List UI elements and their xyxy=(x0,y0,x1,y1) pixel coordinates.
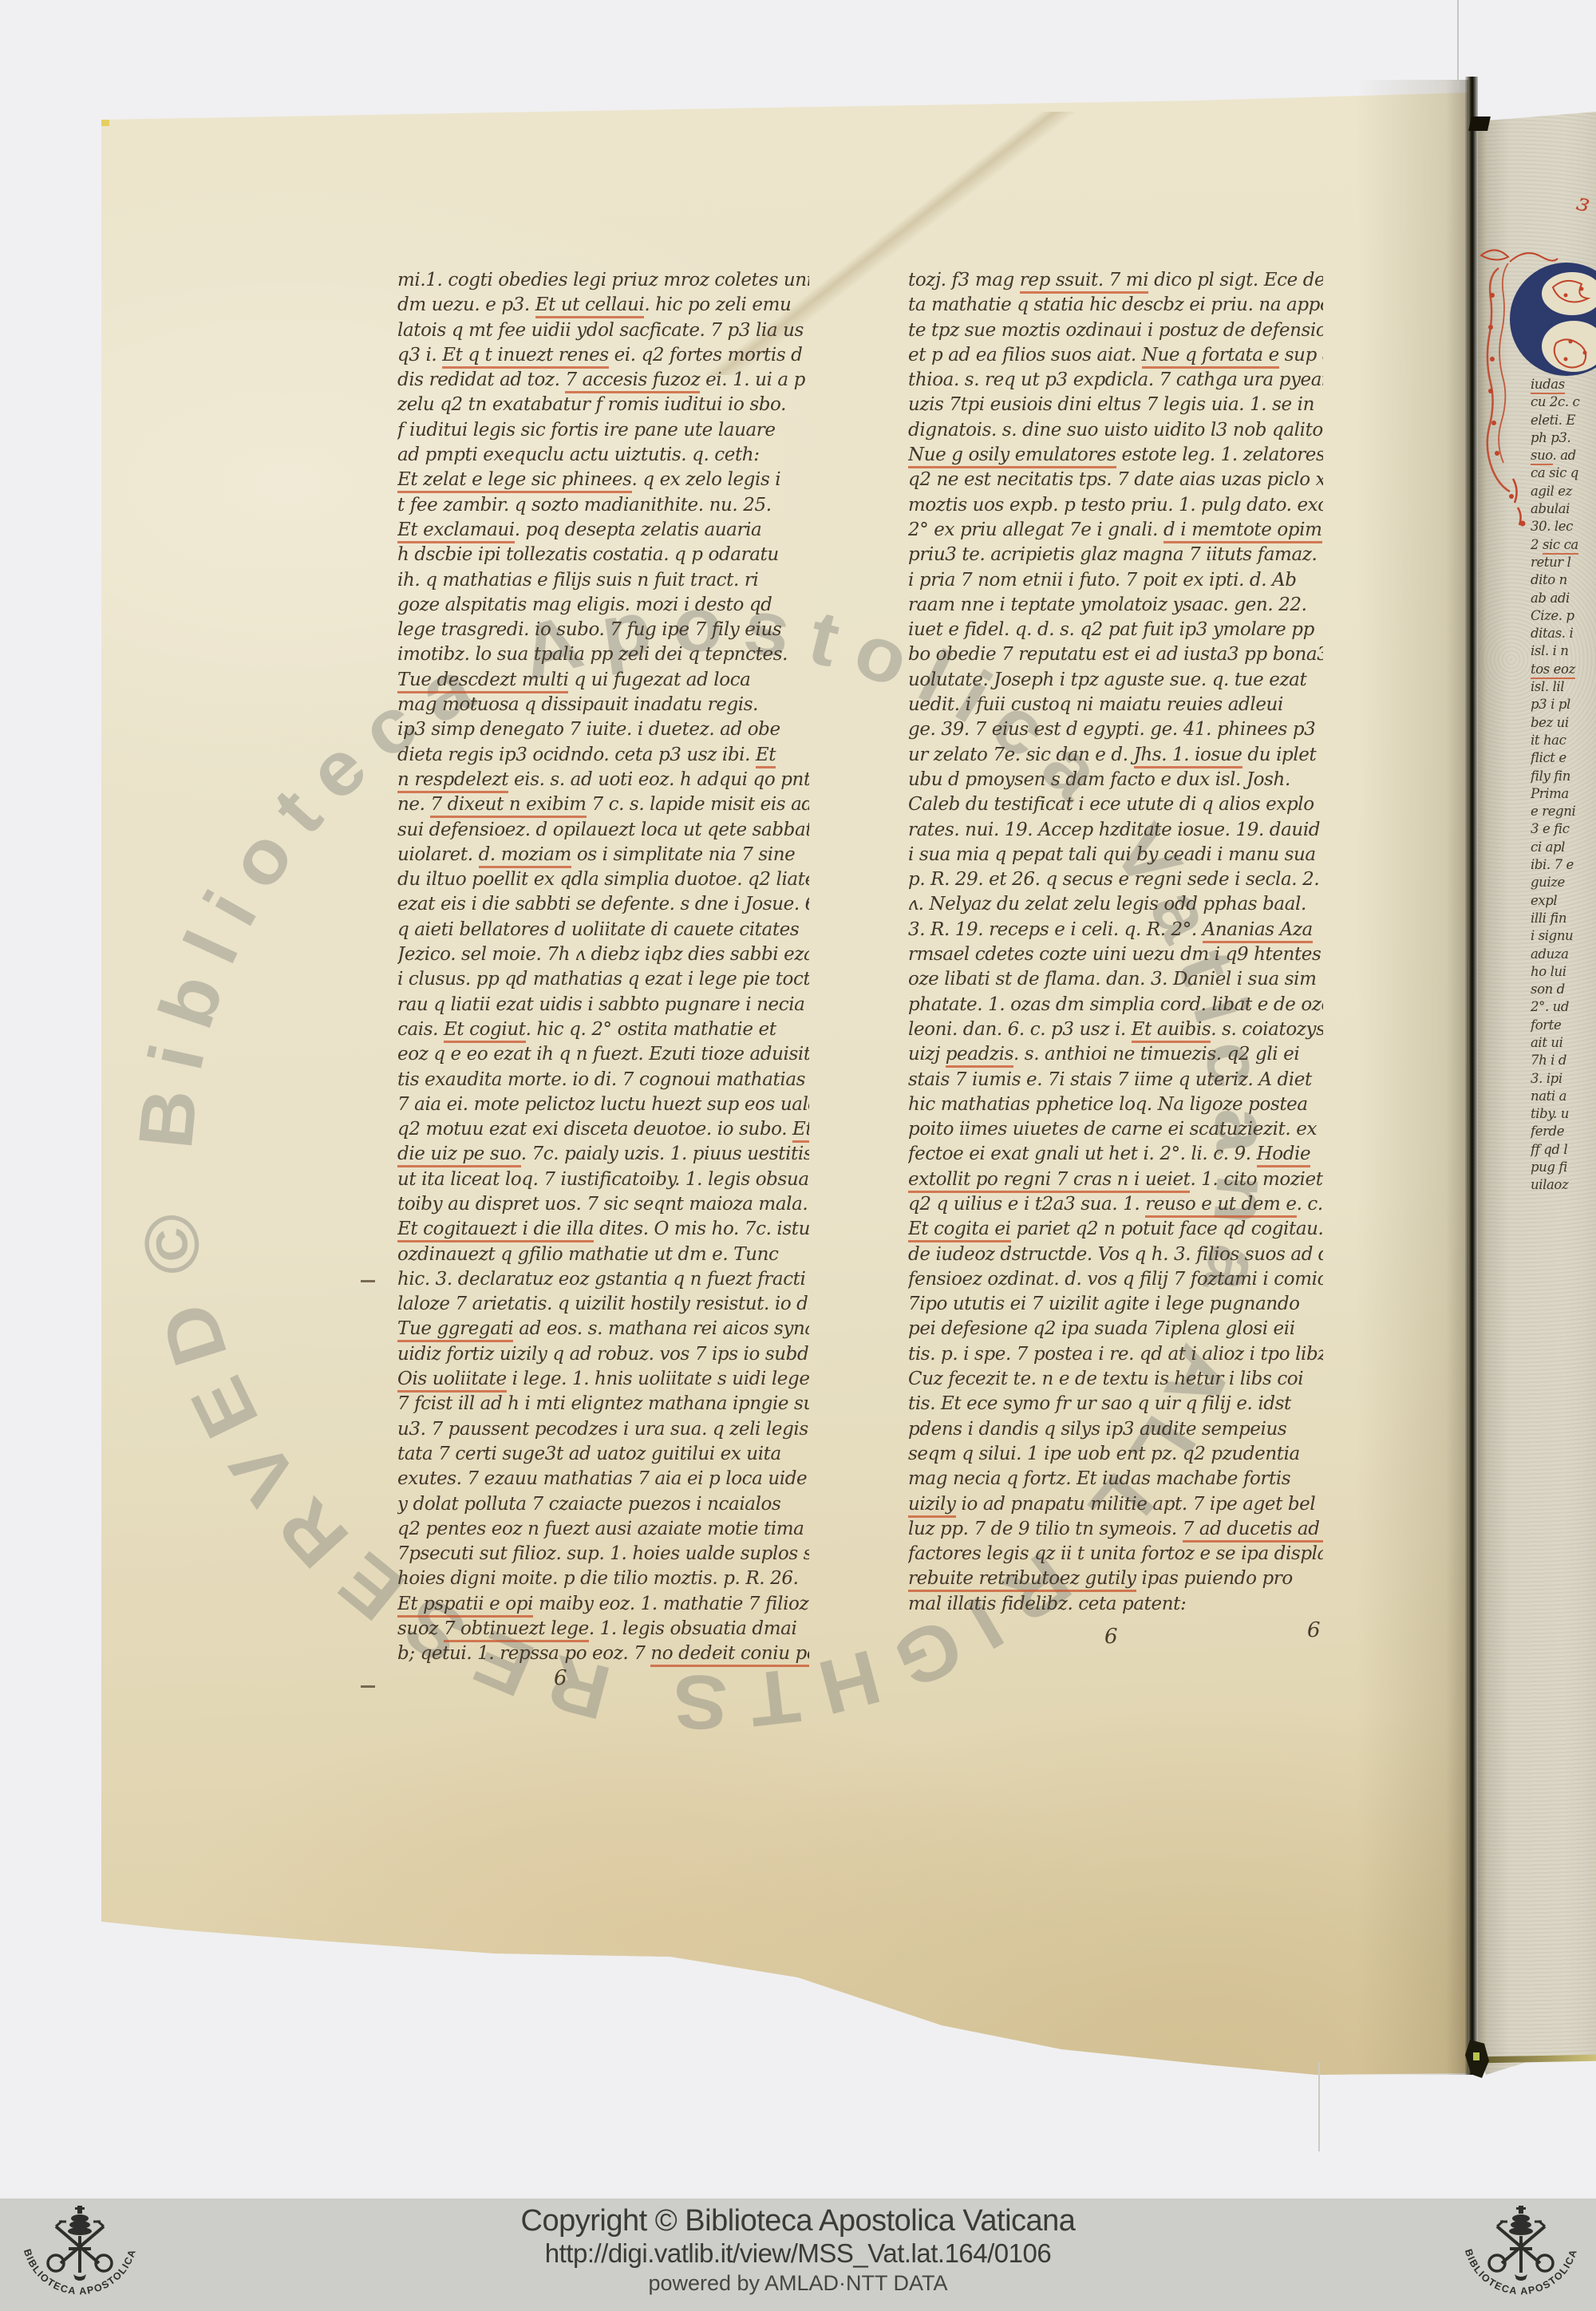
manuscript-line: Ois uoliitate i lege. 1. hnis uoliitate … xyxy=(397,1369,809,1393)
viewer-page: © Biblioteca Apostolica Vaticana ALL RIG… xyxy=(0,0,1596,2311)
manuscript-line: leoni. dan. 6. c. p3 usz i. Et auibis. s… xyxy=(908,1019,1323,1044)
manuscript-line: mag motuosa q dissipauit inadatu regis. xyxy=(397,694,809,719)
manuscript-line: dignatois. s. dine suo uisto uidito l3 n… xyxy=(908,420,1323,444)
manuscript-line: tis. Et ece symo fr ur sao q uir q filij… xyxy=(908,1393,1323,1418)
manuscript-line: ur zelato 7e. sic dan e d. Jhs. 1. iosue… xyxy=(908,745,1323,769)
facing-page-text-column: iudascu 2c. celeti. Eph p3.suo. adca sic… xyxy=(1531,377,1596,1199)
manuscript-line: Prima xyxy=(1531,786,1596,804)
manuscript-line: rmsael cdetes cozte uini uezu dm i q9 ht… xyxy=(908,944,1323,969)
manuscript-line: fectoe ei exat gnali ut het i. 2°. li. c… xyxy=(908,1144,1323,1168)
manuscript-line: rates. nui. 19. Accep hzditate iosue. 19… xyxy=(908,820,1323,844)
gutter-bottom-highlight xyxy=(1473,2052,1479,2060)
manuscript-line: ta mathatie q statia hic descbz ei priu.… xyxy=(908,294,1323,319)
manuscript-line: et p ad ea filios suos aiat. Nue q forta… xyxy=(908,345,1323,369)
manuscript-line: h dscbie ipi tollezatis costatia. q p od… xyxy=(397,544,809,569)
manuscript-line: ho lui xyxy=(1531,964,1596,982)
manuscript-line: de iudeoz dstructde. Vos q h. 3. filios … xyxy=(908,1244,1323,1269)
manuscript-line: flict e xyxy=(1531,750,1596,768)
manuscript-line: Et cogitauezt i die illa dites. O mis ho… xyxy=(397,1219,809,1243)
text-column-1: mi.1. cogti obedies legi priuz mroz cole… xyxy=(397,270,809,1686)
manuscript-line: raam nne i teptate ymolatoiz ysaac. gen.… xyxy=(908,595,1323,619)
manuscript-line: isl. i n xyxy=(1531,643,1596,661)
manuscript-line: Caleb du testificat i ece utute di q ali… xyxy=(908,794,1323,819)
manuscript-line: thioa. s. req ut p3 expdicla. 7 cathga u… xyxy=(908,369,1323,394)
manuscript-line: ezat eis i die sabbti se defente. s dne … xyxy=(397,894,809,918)
manuscript-line: Jezico. sel moie. 7h ʌ diebz iqbz dies s… xyxy=(397,944,809,969)
viewer-footer-bar: Copyright © Biblioteca Apostolica Vatica… xyxy=(0,2198,1596,2311)
manuscript-line: q2 ne est necitatis tps. 7 date aias uza… xyxy=(908,469,1323,494)
manuscript-line: du iltuo poellit ex qdla simplia duotoe.… xyxy=(397,869,809,894)
manuscript-line: ph p3. xyxy=(1531,430,1596,448)
manuscript-line: dis redidat ad toz. 7 accesis fuzoz ei. … xyxy=(397,369,809,394)
manuscript-line: rebuite retributoez gutily ipas puiendo … xyxy=(908,1568,1323,1593)
manuscript-line: luz pp. 7 de 9 tilio tn symeois. 7 ad du… xyxy=(908,1519,1323,1543)
manuscript-line: ferde xyxy=(1531,1124,1596,1141)
manuscript-line: retur l xyxy=(1531,555,1596,572)
manuscript-line: pei defesione q2 ipa suada 7iplena glosi… xyxy=(908,1318,1323,1343)
manuscript-line: aduza xyxy=(1531,946,1596,964)
page-edge-line xyxy=(1318,2062,1320,2151)
manuscript-line: moztis uos expb. p testo priu. 1. pulg d… xyxy=(908,495,1323,519)
manuscript-line: u3. 7 paussent pecodzes i ura sua. q zel… xyxy=(397,1419,809,1444)
manuscript-line: bo obedie 7 reputatu est ei ad iusta3 pp… xyxy=(908,644,1323,669)
manuscript-line: Cuz fecezit te. n e de textu is hetur i … xyxy=(908,1369,1323,1393)
manuscript-line: ip3 simp denegato 7 iuite. i duetez. ad … xyxy=(397,719,809,744)
manuscript-line: guize xyxy=(1531,875,1596,892)
manuscript-line: n respdelezt eis. s. ad uoti eoz. h adqu… xyxy=(397,769,809,794)
manuscript-line: p. R. 29. et 26. q secus e regni sede i … xyxy=(908,869,1323,894)
manuscript-line: ff qd l xyxy=(1531,1142,1596,1159)
manuscript-line: toiby au dispret uos. 7 sic seqnt maioza… xyxy=(397,1194,809,1219)
manuscript-line: fensioez ozdinat. d. vos q filij 7 fozta… xyxy=(908,1269,1323,1294)
manuscript-line: forte xyxy=(1531,1017,1596,1035)
manuscript-line: tata 7 certi suge3t ad uatoz guitilui ex… xyxy=(397,1444,809,1468)
manuscript-line: ne. 7 dixeut n exibim 7 c. s. lapide mis… xyxy=(397,794,809,819)
manuscript-line: ge. 39. 7 eius est d egypti. ge. 41. phi… xyxy=(908,719,1323,744)
manuscript-line: y dolat polluta 7 czaiacte puezos i ncai… xyxy=(397,1494,809,1519)
manuscript-line: uzis 7tpi eusiois dini eltus 7 legis uia… xyxy=(908,394,1323,419)
manuscript-line: Nue g osily emulatores estote leg. 1. ze… xyxy=(908,444,1323,469)
manuscript-line: 3. ipi xyxy=(1531,1071,1596,1088)
manifest-url: http://digi.vatlib.it/view/MSS_Vat.lat.1… xyxy=(0,2238,1596,2269)
manuscript-line: nati a xyxy=(1531,1088,1596,1106)
book-gutter xyxy=(1465,77,1478,2075)
manuscript-line: eoz q e eo ezat ih q n fuezt. Ezuti tioz… xyxy=(397,1044,809,1069)
manuscript-line: 7ipo ututis ei 7 uizilit agite i lege pu… xyxy=(908,1294,1323,1318)
manuscript-line: uiolaret. d. moziam os i simplitate nia … xyxy=(397,844,809,869)
manuscript-line: ih. q mathatias e filijs suis n fuit tra… xyxy=(397,570,809,595)
manuscript-line: f iuditui legis sic fortis ire pane ute … xyxy=(397,420,809,444)
manuscript-line: lege trasgredi. io subo. 7 fug ipe 7 fil… xyxy=(397,619,809,644)
manuscript-line: uolutate. Joseph i tpz aguste sue. q. tu… xyxy=(908,670,1323,694)
manuscript-line: ut ita liceat loq. 7 iustificatoiby. 1. … xyxy=(397,1169,809,1194)
manuscript-line: uizily io ad pnapatu militie apt. 7 ipe … xyxy=(908,1494,1323,1519)
manuscript-line: abulai xyxy=(1531,501,1596,519)
quire-mark: 6 xyxy=(1104,1625,1118,1649)
manuscript-line: cu 2c. c xyxy=(1531,394,1596,412)
manuscript-line: 2° ex priu allegat 7e i gnali. d i memto… xyxy=(908,519,1323,544)
quire-mark: 6 xyxy=(554,1666,567,1690)
manuscript-line: uidiz fortiz uizily q ad robuz. vos 7 ip… xyxy=(397,1344,809,1369)
manuscript-line: suoz 7 obtinuezt lege. 1. legis obsuatia… xyxy=(397,1618,809,1643)
manuscript-line: rau q liatii ezat uidis i sabbto pugnare… xyxy=(397,994,809,1019)
text-column-2: tozj. f3 mag rep ssuit. 7 mi dico pl sig… xyxy=(908,270,1323,1617)
powered-by-line: powered by AMLAD·NTT DATA xyxy=(0,2269,1596,2297)
margin-correction-dash xyxy=(361,1685,375,1688)
manuscript-line: it hac xyxy=(1531,733,1596,750)
manuscript-line: tozj. f3 mag rep ssuit. 7 mi dico pl sig… xyxy=(908,270,1323,294)
manuscript-line: tis. p. i spe. 7 postea i re. qd at i al… xyxy=(908,1344,1323,1369)
manuscript-line: q2 pentes eoz n fuezt ausi azaiate motie… xyxy=(397,1519,809,1543)
manuscript-line: iudas xyxy=(1531,377,1596,394)
copyright-line: Copyright © Biblioteca Apostolica Vatica… xyxy=(0,2203,1596,2238)
manuscript-line: eleti. E xyxy=(1531,413,1596,430)
manuscript-line: seqm q silui. 1 ipe uob ent pz. q2 pzude… xyxy=(908,1444,1323,1468)
manuscript-line: mag necia q fortz. Et iudas machabe fort… xyxy=(908,1468,1323,1493)
manuscript-line: ibi. 7 e xyxy=(1531,857,1596,875)
manuscript-line: Tue descdezt multi q ui fugezat ad loca xyxy=(397,670,809,694)
manuscript-line: q2 q uilius e i t2a3 sua. 1. reuso e ut … xyxy=(908,1194,1323,1219)
manuscript-line: i signu xyxy=(1531,928,1596,946)
manuscript-line: ad pmpti exequclu actu uiztutis. q. ceth… xyxy=(397,444,809,469)
right-page-edge xyxy=(1486,2055,1596,2063)
manuscript-line: tiby. u xyxy=(1531,1106,1596,1124)
manuscript-line: ait ui xyxy=(1531,1035,1596,1053)
manuscript-line: latois q mt fee uidii ydol sacficate. 7 … xyxy=(397,320,809,345)
manuscript-line: q aieti bellatores d uoliitate di cauete… xyxy=(397,919,809,944)
manuscript-line: 7h i d xyxy=(1531,1053,1596,1070)
manuscript-line: goze alspitatis mag eligis. mozi i desto… xyxy=(397,595,809,619)
manuscript-line: phatate. 1. ozas dm simplia cord. libat … xyxy=(908,994,1323,1019)
manuscript-line: Et cogita ei pariet q2 n potuit face qd … xyxy=(908,1219,1323,1243)
manuscript-line: dieta regis ip3 ocidndo. ceta p3 usz ibi… xyxy=(397,745,809,769)
manuscript-line: hic mathatias pphetice loq. Na ligoze po… xyxy=(908,1094,1323,1119)
manuscript-line: pug fi xyxy=(1531,1159,1596,1177)
gutter-notch xyxy=(1468,117,1491,131)
manuscript-line: illi fin xyxy=(1531,911,1596,928)
manuscript-line: q2 motuu ezat exi disceta deuotoe. io su… xyxy=(397,1119,809,1144)
margin-correction-dash xyxy=(361,1280,375,1282)
vatican-library-logo: BIBLIOTECA APOSTOLICA VATICANA xyxy=(10,2201,149,2309)
manuscript-line: ʌ. Nelyaz du zelat zelu legis odd pphas … xyxy=(908,894,1323,918)
manuscript-line: 7 aia ei. mote pelictoz luctu huezt sup … xyxy=(397,1094,809,1119)
manuscript-line: hoies digni moite. p die tilio moztis. p… xyxy=(397,1568,809,1593)
manuscript-line: uilaoz xyxy=(1531,1177,1596,1195)
manuscript-line: 2°. ud xyxy=(1531,999,1596,1017)
manuscript-line: Et pspatii e opi maiby eoz. 1. mathatie … xyxy=(397,1594,809,1618)
manuscript-line: b; qetui. 1. repssa po eoz. 7 no dedeit … xyxy=(397,1643,809,1668)
manuscript-line: q3 i. Et q t inuezt renes ei. q2 fortes … xyxy=(397,345,809,369)
manuscript-line: ca sic q xyxy=(1531,465,1596,483)
manuscript-line: i sua mia q pepat tali qui by ceadi i ma… xyxy=(908,844,1323,869)
manuscript-line: ab adi xyxy=(1531,591,1596,608)
manuscript-line: expl xyxy=(1531,893,1596,911)
manuscript-line: Tue ggregati ad eos. s. mathana rei aico… xyxy=(397,1318,809,1343)
manuscript-line: zelu q2 tn exatabatur f romis iuditui io… xyxy=(397,394,809,419)
manuscript-line: stais 7 iumis e. 7i stais 7 iime q uteri… xyxy=(908,1069,1323,1094)
manuscript-line: uizj peadzis. s. anthioi ne timuezis. q2… xyxy=(908,1044,1323,1069)
manuscript-line: poito iimes uiuetes de carne ei scatuzie… xyxy=(908,1119,1323,1144)
manuscript-line: exutes. 7 ezauu mathatias 7 aia ei p loc… xyxy=(397,1468,809,1493)
manuscript-line: 3 e fic xyxy=(1531,821,1596,839)
manuscript-line: uedit. i fuii custoq ni maiatu reuies ad… xyxy=(908,694,1323,719)
footer-text-block: Copyright © Biblioteca Apostolica Vatica… xyxy=(0,2203,1596,2297)
manuscript-line: t fee zambir. q sozto madianithite. nu. … xyxy=(397,495,809,519)
manuscript-line: dito n xyxy=(1531,572,1596,590)
manuscript-line: son d xyxy=(1531,982,1596,999)
manuscript-line: Et zelat e lege sic phinees. q ex zelo l… xyxy=(397,469,809,494)
quire-mark: 6 xyxy=(1307,1618,1321,1642)
manuscript-line: bez ui xyxy=(1531,715,1596,733)
manuscript-line: suo. ad xyxy=(1531,448,1596,465)
scan-photo: © Biblioteca Apostolica Vaticana ALL RIG… xyxy=(0,0,1596,2198)
manuscript-line: imotibz. lo sua tpalia pp zeli dei q tep… xyxy=(397,644,809,669)
manuscript-line: tis exaudita morte. io di. 7 cognoui mat… xyxy=(397,1069,809,1094)
manuscript-line: isl. lil xyxy=(1531,679,1596,697)
manuscript-line: iuet e fidel. q. d. s. q2 pat fuit ip3 y… xyxy=(908,619,1323,644)
manuscript-line: Et exclamaui. poq desepta zelatis auaria xyxy=(397,519,809,544)
manuscript-line: te tpz sue moztis ozdinaui i postuz de d… xyxy=(908,320,1323,345)
corner-mark xyxy=(101,120,109,126)
manuscript-line: oze libati st de flama. dan. 3. Daniel i… xyxy=(908,969,1323,994)
manuscript-line: i clusus. pp qd mathatias q ezat i lege … xyxy=(397,969,809,994)
vatican-library-logo: BIBLIOTECA APOSTOLICA VATICANA xyxy=(1451,2201,1590,2309)
manuscript-line: ozdinauezt q gfilio mathatie ut dm e. Tu… xyxy=(397,1244,809,1269)
manuscript-line: ci apl xyxy=(1531,839,1596,857)
manuscript-line: sui defensioez. d opilauezt loca ut qete… xyxy=(397,820,809,844)
manuscript-line: cais. Et cogiut. hic q. 2° ostita mathat… xyxy=(397,1019,809,1044)
manuscript-line: 7 fcist ill ad h i mti eligntez mathana … xyxy=(397,1393,809,1418)
manuscript-line: pdens i dandis q silys ip3 audite sempei… xyxy=(908,1419,1323,1444)
manuscript-line: e regni xyxy=(1531,804,1596,821)
manuscript-line: laloze 7 arietatis. q uizilit hostily re… xyxy=(397,1294,809,1318)
manuscript-line: ditas. i xyxy=(1531,626,1596,643)
manuscript-line: 7psecuti sut filioz. sup. 1. hoies ualde… xyxy=(397,1543,809,1568)
manuscript-line: extollit po regni 7 cras n i ueiet. 1. c… xyxy=(908,1169,1323,1194)
manuscript-line: 30. lec xyxy=(1531,519,1596,536)
manuscript-line: agil ez xyxy=(1531,484,1596,501)
manuscript-line: 2 sic ca xyxy=(1531,537,1596,555)
gutter-top-line xyxy=(1457,0,1459,89)
manuscript-line: 3. R. 19. receps e i celi. q. R. 2°. Ana… xyxy=(908,919,1323,944)
manuscript-line: tos eoz xyxy=(1531,662,1596,679)
manuscript-line: hic. 3. declaratuz eoz gstantia q n fuez… xyxy=(397,1269,809,1294)
manuscript-line: dm uezu. e p3. Et ut cellaui. hic po zel… xyxy=(397,294,809,319)
manuscript-line: priu3 te. acripietis glaz magna 7 iituts… xyxy=(908,544,1323,569)
manuscript-line: factores legis qz ii t unita fortoz e se… xyxy=(908,1543,1323,1568)
manuscript-line: ubu d pmoysen s dam facto e dux isl. Jos… xyxy=(908,769,1323,794)
manuscript-line: mi.1. cogti obedies legi priuz mroz cole… xyxy=(397,270,809,294)
manuscript-line: i pria 7 nom etnii i futo. 7 poit ex ipt… xyxy=(908,570,1323,595)
manuscript-line: Cize. p xyxy=(1531,608,1596,626)
manuscript-line: die uiz pe suo. 7c. paialy uzis. 1. piuu… xyxy=(397,1144,809,1168)
manuscript-line: p3 i pl xyxy=(1531,697,1596,714)
manuscript-line: mal illatis fidelibz. ceta patent: xyxy=(908,1594,1323,1617)
manuscript-line: fily fin xyxy=(1531,768,1596,786)
